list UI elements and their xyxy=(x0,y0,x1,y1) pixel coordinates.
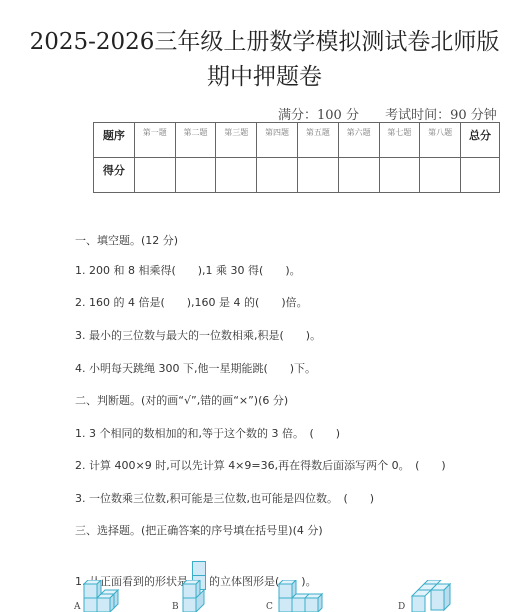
s1-question-2: 2. 160 的 4 倍是( ),160 是 4 的( )倍。 xyxy=(75,294,308,310)
exam-meta: 满分：100 分 考试时间：90 分钟 xyxy=(278,104,497,123)
col-q3: 第三题 xyxy=(216,123,257,158)
col-q2: 第二题 xyxy=(175,123,216,158)
option-d-cube-figure-icon[interactable] xyxy=(410,580,456,612)
col-q8: 第八题 xyxy=(420,123,461,158)
score-cell-q5 xyxy=(297,158,338,193)
score-cell-total xyxy=(461,158,500,193)
full-score: 满分：100 分 xyxy=(278,108,359,123)
score-cell-q8 xyxy=(420,158,461,193)
score-cell-q3 xyxy=(216,158,257,193)
col-q5: 第五题 xyxy=(297,123,338,158)
row-header-score: 得分 xyxy=(94,158,135,193)
s1-question-4: 4. 小明每天跳绳 300 下,他一星期能跳( )下。 xyxy=(75,360,316,376)
option-c-label: C xyxy=(266,602,273,612)
col-q4: 第四题 xyxy=(257,123,298,158)
section-1-heading: 一、填空题。(12 分) xyxy=(75,232,178,248)
score-cell-q2 xyxy=(175,158,216,193)
row-header-question-order: 题序 xyxy=(94,123,135,158)
col-q6: 第六题 xyxy=(338,123,379,158)
exam-title-line2: 期中押题卷 xyxy=(0,58,529,91)
exam-title-line1: 2025-2026三年级上册数学模拟测试卷北师版 xyxy=(0,23,529,56)
option-b-cube-figure-icon[interactable] xyxy=(182,580,210,612)
s1-question-1: 1. 200 和 8 相乘得( ),1 乘 30 得( )。 xyxy=(75,262,301,278)
option-b-label: B xyxy=(172,602,179,612)
col-q1: 第一题 xyxy=(134,123,175,158)
section-2-heading: 二、判断题。(对的画“√”,错的画“×”)(6 分) xyxy=(75,392,288,408)
col-total: 总分 xyxy=(461,123,500,158)
s2-question-2: 2. 计算 400×9 时,可以先计算 4×9=36,再在得数后面添写两个 0。… xyxy=(75,457,446,473)
score-table-score-row: 得分 xyxy=(94,158,500,193)
option-a-cube-figure-icon[interactable] xyxy=(83,580,123,612)
score-table: 题序 第一题 第二题 第三题 第四题 第五题 第六题 第七题 第八题 总分 得分 xyxy=(93,122,500,193)
option-c-cube-figure-icon[interactable] xyxy=(278,580,328,612)
s2-question-1: 1. 3 个相同的数相加的和,等于这个数的 3 倍。 ( ) xyxy=(75,425,340,441)
option-d-label: D xyxy=(398,602,405,612)
s1-question-3: 3. 最小的三位数与最大的一位数相乘,积是( )。 xyxy=(75,327,321,343)
section-3-heading: 三、选择题。(把正确答案的序号填在括号里)(4 分) xyxy=(75,522,323,538)
score-cell-q6 xyxy=(338,158,379,193)
score-cell-q7 xyxy=(379,158,420,193)
exam-time: 考试时间：90 分钟 xyxy=(385,108,497,123)
col-q7: 第七题 xyxy=(379,123,420,158)
s2-question-3: 3. 一位数乘三位数,积可能是三位数,也可能是四位数。 ( ) xyxy=(75,490,374,506)
option-a-label: A xyxy=(74,602,81,612)
score-cell-q1 xyxy=(134,158,175,193)
score-table-header-row: 题序 第一题 第二题 第三题 第四题 第五题 第六题 第七题 第八题 总分 xyxy=(94,123,500,158)
score-cell-q4 xyxy=(257,158,298,193)
